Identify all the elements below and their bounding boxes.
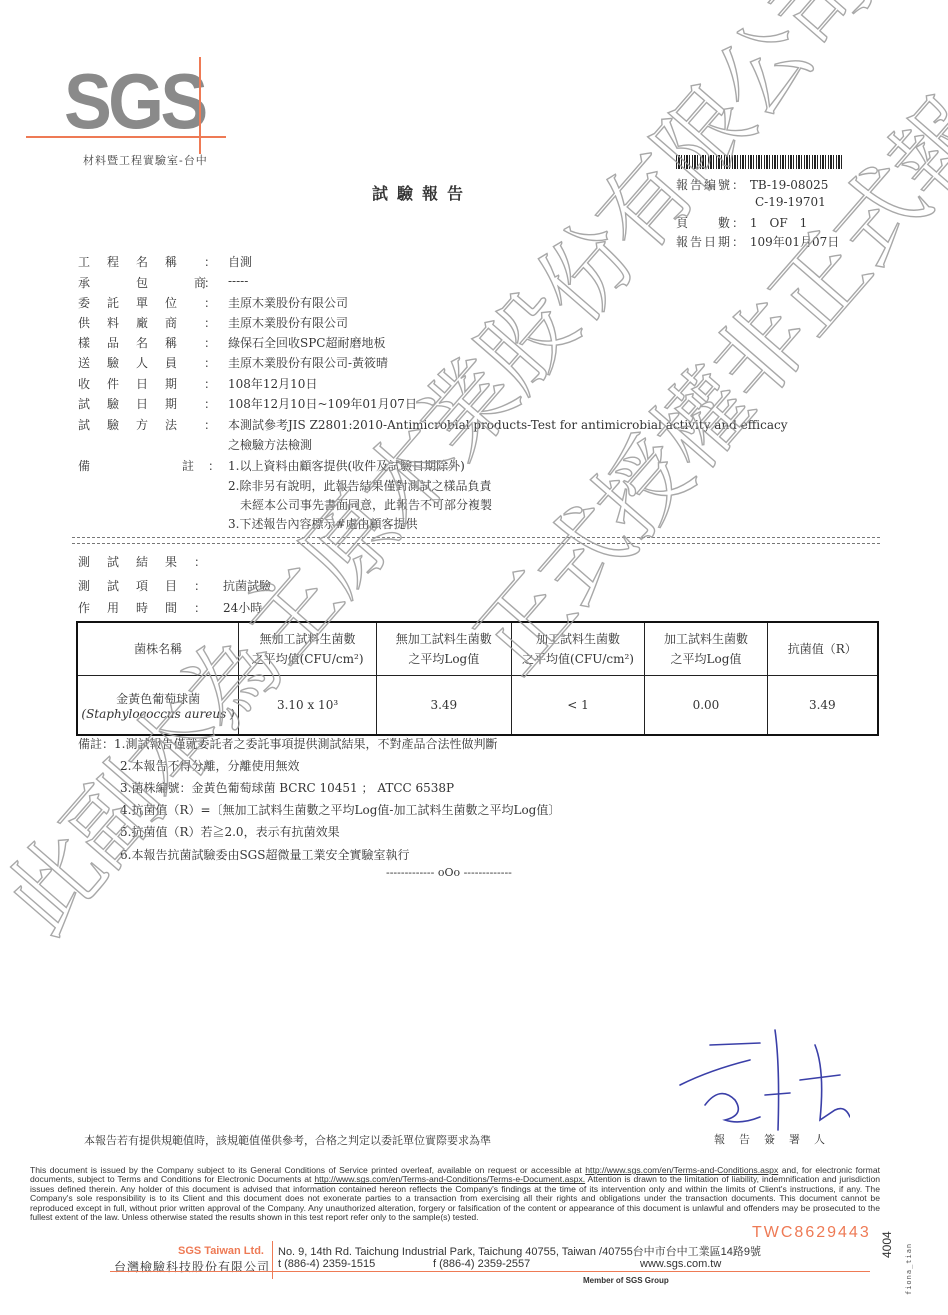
cell-treated-log: 0.00 (645, 676, 767, 736)
info-row: 供料廠商：圭原木業股份有限公司 (78, 314, 206, 331)
header-treated-log: 加工試料生菌數之平均Log值 (645, 622, 767, 676)
notes-line: 備註：1.測試報告僅就委託者之委託事項提供測試結果，不對產品合法性做判斷 (78, 735, 497, 752)
member-label: Member of SGS Group (583, 1276, 669, 1285)
notes-line: 4.抗菌值（R）=〔無加工試料生菌數之平均Log值-加工試料生菌數之平均Log值… (120, 801, 560, 818)
end-marker: ------------- oOo ------------- (386, 866, 512, 879)
info-label: 送驗人員 (78, 354, 206, 371)
remark-line: 3.下述報告內容標示#處由顧客提供 (228, 515, 418, 532)
notes-line: 2.本報告不得分離，分離使用無效 (120, 757, 299, 774)
remark-line: 未經本公司事先書面同意，此報告不可部分複製 (228, 496, 492, 513)
info-row: 試驗日期：108年12月10日~109年01月07日 (78, 395, 206, 412)
notes-label: 備註： (78, 737, 114, 751)
header-strain: 菌株名稱 (77, 622, 239, 676)
page-count: 頁 數： 1 OF 1 (676, 214, 807, 231)
remarks-label: 備 註： (78, 457, 206, 474)
info-value: 綠保石全回收SPC超耐磨地板 (228, 334, 385, 351)
report-number-label: 報告編號： (676, 176, 746, 193)
info-label: 承 包 商 (78, 274, 206, 291)
header-treated-avg: 加工試料生菌數之平均值(CFU/cm²) (511, 622, 645, 676)
side-user: fiona_tian (905, 1243, 913, 1295)
signature-icon (650, 1025, 850, 1135)
legal-disclaimer: This document is issued by the Company s… (30, 1166, 880, 1222)
info-value: ----- (228, 274, 248, 288)
cell-r-value: 3.49 (767, 676, 878, 736)
test-item: 測試項目：抗菌試驗 (78, 577, 271, 594)
cell-treated-avg: < 1 (511, 676, 645, 736)
watermark-text: 正式授權非正式報告 (440, 0, 948, 697)
info-value: 108年12月10日~109年01月07日 (228, 395, 417, 412)
signer-label: 報告簽署人 (714, 1131, 839, 1147)
table-header-row: 菌株名稱 無加工試料生菌數之平均值(CFU/cm²) 無加工試料生菌數之平均Lo… (77, 622, 878, 676)
info-label: 工程名稱 (78, 253, 206, 270)
serial-number: TWC8629443 (752, 1224, 871, 1242)
info-value: 圭原木業股份有限公司-黃筱晴 (228, 354, 388, 371)
info-label: 試驗方法 (78, 416, 206, 433)
header-r-value: 抗菌值（R） (767, 622, 878, 676)
footer-divider-vertical (272, 1241, 273, 1279)
lab-name: 材料暨工程實驗室-台中 (83, 152, 208, 168)
info-colon: ： (204, 416, 216, 433)
info-row: 送驗人員：圭原木業股份有限公司-黃筱晴 (78, 354, 206, 371)
company-phone: t (886-4) 2359-1515 (278, 1258, 375, 1270)
results-section-label: 測試結果： (78, 553, 223, 570)
test-item-value: 抗菌試驗 (223, 579, 271, 593)
barcode-icon (676, 155, 844, 169)
remark-line: 1.以上資料由顧客提供(收件及試驗日期除外) (228, 457, 465, 474)
info-row: 收件日期：108年12月10日 (78, 375, 206, 392)
page-count-value: 1 OF 1 (750, 216, 807, 230)
info-row: 委託單位：圭原木業股份有限公司 (78, 294, 206, 311)
results-table: 菌株名稱 無加工試料生菌數之平均值(CFU/cm²) 無加工試料生菌數之平均Lo… (76, 621, 879, 736)
side-code: 4004 (880, 1231, 894, 1258)
info-colon: ： (204, 314, 216, 331)
report-number: 報告編號： TB-19-08025 (676, 176, 828, 193)
info-row: 工程名稱：自測 (78, 253, 206, 270)
logo-rule-horizontal (26, 136, 226, 138)
info-colon: ： (204, 334, 216, 351)
cell-strain: 金黃色葡萄球菌(Staphylococcus aureus ) (77, 676, 239, 736)
info-colon: ： (204, 253, 216, 270)
disclaimer-chinese: 本報告若有提供規範值時，該規範值僅供參考，合格之判定以委託單位實際要求為準 (84, 1132, 491, 1148)
report-date-label: 報告日期： (676, 233, 746, 250)
info-label: 供料廠商 (78, 314, 206, 331)
notes-line: 5.抗菌值（R）若≧2.0，表示有抗菌效果 (120, 823, 340, 840)
company-name-en: SGS Taiwan Ltd. (178, 1245, 264, 1257)
info-value: 圭原木業股份有限公司 (228, 314, 348, 331)
remark-line: 2.除非另有說明，此報告結果僅對測試之樣品負責 (228, 477, 491, 494)
info-row: 試驗方法：本測試參考JIS Z2801:2010-Antimicrobial p… (78, 416, 206, 433)
header-untreated-avg: 無加工試料生菌數之平均值(CFU/cm²) (239, 622, 377, 676)
info-colon: ： (204, 354, 216, 371)
remarks-block: 備 註： (78, 457, 206, 474)
company-fax: f (886-4) 2359-2557 (433, 1258, 530, 1270)
logo-rule-vertical (199, 57, 201, 154)
info-colon: ： (204, 395, 216, 412)
info-colon: ： (204, 294, 216, 311)
footer-divider-horizontal (110, 1271, 870, 1272)
info-colon: ： (204, 274, 216, 291)
info-value: 本測試參考JIS Z2801:2010-Antimicrobial produc… (228, 416, 788, 433)
document-title: 試驗報告 (372, 181, 472, 204)
info-label: 試驗日期 (78, 395, 206, 412)
cell-untreated-avg: 3.10 x 10³ (239, 676, 377, 736)
info-label: 樣品名稱 (78, 334, 206, 351)
notes-line: 3.菌株編號：金黃色葡萄球菌 BCRC 10451 ； ATCC 6538P (120, 779, 454, 796)
header-untreated-log: 無加工試料生菌數之平均Log值 (376, 622, 511, 676)
table-row: 金黃色葡萄球菌(Staphylococcus aureus ) 3.10 x 1… (77, 676, 878, 736)
notes-line: 6.本報告抗菌試驗委由SGS超微量工業安全實驗室執行 (120, 846, 409, 863)
report-date-value: 109年01月07日 (750, 235, 839, 249)
info-colon: ： (204, 375, 216, 392)
info-row: 樣品名稱：綠保石全回收SPC超耐磨地板 (78, 334, 206, 351)
contact-time-value: 24小時 (223, 601, 262, 615)
report-date: 報告日期： 109年01月07日 (676, 233, 839, 250)
test-item-label: 測試項目： (78, 579, 223, 593)
info-value: 108年12月10日 (228, 375, 317, 392)
section-divider (72, 537, 880, 544)
company-address: No. 9, 14th Rd. Taichung Industrial Park… (278, 1243, 761, 1259)
info-label: 收件日期 (78, 375, 206, 392)
company-website[interactable]: www.sgs.com.tw (640, 1258, 721, 1270)
report-number-value: TB-19-08025 (750, 178, 829, 192)
contact-time: 作用時間：24小時 (78, 599, 262, 616)
cell-untreated-log: 3.49 (376, 676, 511, 736)
contact-time-label: 作用時間： (78, 601, 223, 615)
info-value-continued: 之檢驗方法檢測 (228, 436, 312, 453)
info-value: 圭原木業股份有限公司 (228, 294, 348, 311)
info-row: 承 包 商：----- (78, 274, 206, 291)
company-name-cn: 台灣檢驗科技股份有限公司 (114, 1258, 270, 1275)
report-number-secondary: C-19-19701 (755, 195, 826, 209)
info-value: 自測 (228, 253, 252, 270)
sgs-logo: SGS (64, 62, 205, 140)
page-count-label: 頁 數： (676, 214, 746, 231)
info-label: 委託單位 (78, 294, 206, 311)
